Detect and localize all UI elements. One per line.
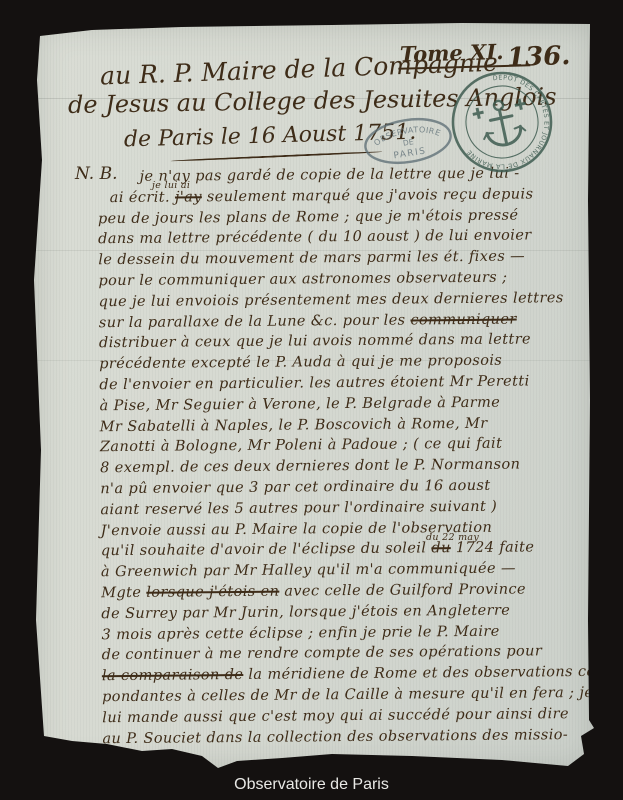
interline-correction: du 22 may <box>426 532 479 543</box>
manuscript-line: que je lui envoiois présentement mes deu… <box>99 288 604 313</box>
marine-round-stamp: DÉPÔT DES CARTES ET JOURNAUX DE LA MARIN… <box>440 60 563 183</box>
manuscript-line: au P. Souciet dans la collection des obs… <box>102 724 607 749</box>
cross-ornament-icon <box>514 98 527 111</box>
manuscript-page: Tome XI. 136. au R. P. Maire de la Compa… <box>32 20 598 772</box>
interline-correction: je lui ai <box>152 180 190 191</box>
cross-ornament-icon <box>472 107 485 120</box>
stamp-middle-text: DE <box>402 137 414 148</box>
manuscript-line: de l'envoier en particulier. les autres … <box>99 371 604 396</box>
photo-caption: Observatoire de Paris <box>0 776 623 794</box>
photo-frame: Tome XI. 136. au R. P. Maire de la Compa… <box>0 0 623 800</box>
letter-body: je n'ay pas gardé de copie de la lettre … <box>97 163 607 750</box>
